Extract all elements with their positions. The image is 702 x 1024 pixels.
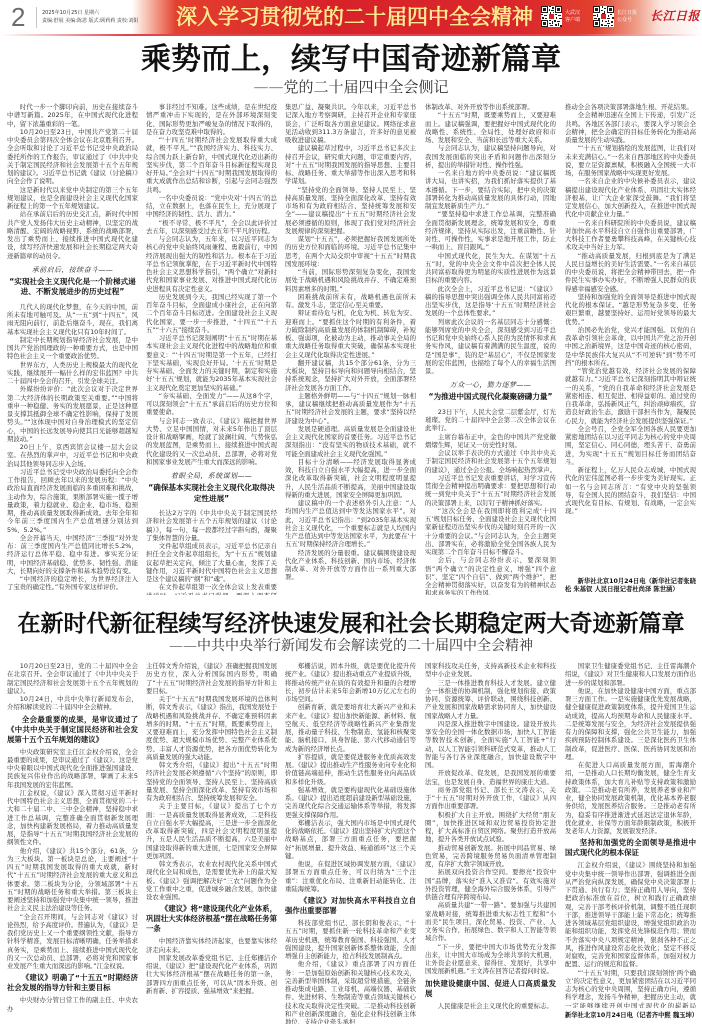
section-kicker: 万众一心，勠力逐梦—— [425, 381, 556, 390]
qr-label-line: 公众号 [617, 17, 637, 24]
article-paragraph: 10月20日至23日，党的二十届四中全会在北京召开。全会审议通过了《中共中央关于… [7, 662, 138, 695]
article-paragraph: 这是新时代以来党中央制定的第三个五年规划建议，也是全面建设社会主义现代化国家新征… [7, 186, 138, 211]
article-1-column-2: 事非经过不知难。这些成绩，是在世纪疫情严重冲击下实现的，是在外部环境深刻变化、国… [146, 103, 277, 595]
article-1-column-4: 体制改革、对外开放等作出系统部署。“十五五”时期，既要乘势而上，又要迎难而上。建… [425, 103, 556, 595]
article-paragraph: 事非经过不知难。这些成绩，是在世纪疫情严重冲击下实现的，是在外部环境深刻变化、国… [146, 103, 277, 136]
page-number: 2 [11, 3, 25, 31]
article-paragraph: 站在承前启后的历史交汇点，新时代中国共产党人发扬伟大历史主动精神，以坚定的战略清… [7, 210, 138, 260]
article-paragraph: 开放促改革、促发展，是我国发展的重要法宝，也是发展自身、造福世界的康庄大道。 [425, 769, 556, 786]
article-paragraph: “极不寻常、极不平凡”，全会以此评价过去五年，以深刻感受过去五年不平凡的历程。 [146, 219, 277, 236]
article-paragraph: 他介绍，《建议》共15个部分，61条，分为三大板块。第一板块是总论，主要阐述“十… [7, 847, 138, 913]
article-paragraph: 江金权说，《建议》深入贯彻习近平新时代中国特色社会主义思想，全面贯彻党的二十大和… [7, 789, 138, 847]
article-paragraph: 人民健康是社会主义现代化的重要标志。 [425, 1002, 556, 1010]
article-paragraph: 主席台幕布正中，金色的中国共产党党徽熠熠生辉，见证又一历史性时刻。 [425, 433, 556, 450]
article-paragraph: 与会同志认为，五年来，以习近平同志为核心的党中央始终风雨兼程、勇毅前行，中国经济… [146, 235, 277, 293]
article-paragraph: 主题格外鲜明——与“十四五”规划一脉相承，建议稿继续把推动高质量发展作为“十五五… [285, 392, 416, 425]
article-paragraph: “坚持党的全面领导、坚持人民至上、坚持高质量发展、坚持全面深化改革、坚持有效市场… [285, 186, 416, 236]
article-paragraph: 建议稿起草过程中，习近平总书记多次主持召开会议，研究重大问题，审定重要内容，对“… [285, 144, 416, 185]
article-paragraph: 在促进人口高质量发展方面，雷海潮介绍，一是推动人口长期均衡发展，健全生育支持政策… [565, 761, 696, 835]
article-paragraph: 几代人的现代化梦想，在今天的中国，前所未有地可触可及。从“一五”到“十四五”，风… [7, 303, 138, 336]
article-paragraph-continued: 推动全会各项决策部署落地生根、开花结果。 [565, 103, 696, 111]
article-paragraph: 10月24日，中共中央举行新闻发布会，介绍和解读党的二十届四中全会精神。 [7, 695, 138, 712]
section-heading: 坚持和加强党的全面领导是推进中国式现代化的根本保证 [565, 838, 696, 858]
section-heading: “实现社会主义现代化是一个阶梯式递进、不断发展进步的历史过程” [7, 277, 138, 298]
article-2-headline[interactable]: 在新时代新征程续写经济快速发展和社会长期稳定两大奇迹新篇章 [0, 612, 702, 637]
article-paragraph: 韩文秀表示，农业农村现代化关系中国式现代化全局和成色，是需要优先补上的最大短板。… [146, 860, 277, 901]
page-header: 2 2025年10月25日 星期六 责编:舒展 美编:陈恩 版式:顾莉莉 责校:… [0, 0, 702, 34]
article-paragraph-continued: 体制改革、对外开放等作出系统部署。 [425, 103, 556, 111]
article-paragraph: 郑栅洁说，固本升级，就是要优化提升传统产业。《建议》提出推动重点产业提质升级，将… [285, 662, 416, 703]
article-paragraph: “全会召开期间，与会同志对《建议》讨论热烈，给予高度评价。普遍认为，《建议》是我… [7, 913, 138, 971]
section-heading: “为推进中国式现代化凝聚磅礴力量” [425, 392, 556, 403]
article-paragraph: 23日下午，人民大会堂二层紫金厅，灯光璀璨。党的二十届四中全会第二次全体会议在此… [425, 408, 556, 433]
issue-date: 2025年10月25日 星期六 [42, 9, 139, 17]
section-banner-title: 深入学习贯彻党的二十届四中全会精神 [176, 5, 533, 29]
qr-code-app: 大武汉 客户端 [541, 6, 562, 27]
article-paragraph: 全会精神迅速在全国上下传递，引发广泛共鸣。各地区各部门表示，要深入学习领会全会精… [565, 111, 696, 144]
article-paragraph-continued: 国家科技攻关任务，支持高新技术企业和科技型中小企业发展。 [425, 662, 556, 679]
article-2-byline: 新华社北京10月24日电（记者齐中熙 魏玉坤） [565, 1012, 696, 1020]
article-paragraph: 长达2万字的《中共中央关于制定国民经济和社会发展第十五个五年规划的建议（讨论稿）… [146, 509, 277, 542]
article-paragraph: 国家卫生健康委党组书记、主任雷海潮介绍说，《建议》对卫生健康和人口发展方面作出进… [565, 662, 696, 687]
article-paragraph: “要坚持稳中求进工作总基调，完整准确全面贯彻新发展理念，统筹发展和安全，尊重经济… [425, 210, 556, 251]
article-paragraph-continued: 集思广益、凝聚共识。今年以来，习近平总书记深入地方考察调研，主持召开企业和专家座… [285, 103, 416, 144]
article-2-column-2: 主任韩文秀介绍说，《建议》准确把握我国发展历史方位，深入分析国际国内形势，明确了… [146, 662, 277, 1024]
article-paragraph: 一名中央委员说：“党中央对‘十四五’的总结，立在数据上，也落在民生上，充分展现了… [146, 194, 277, 219]
article-paragraph: “‘十五五’时期，只要我们深刻领悟‘两个确立’的决定性意义，更加紧密团结在以习近… [565, 969, 696, 1009]
qr-label-line: 客户端 [565, 17, 580, 24]
article-paragraph: 会后，与会同志纷纷表示，要深刻领悟“两个确立”的决定性意义，增强“四个意识”、坚… [425, 556, 556, 595]
article-paragraph: 治国必先治党，党兴才能国强。以党的自我革命引领社会革命，以中国共产党之治开创中国… [565, 326, 696, 367]
article-paragraph: 推动贸易创新发展。拓展中间品贸易、绿色贸易，完善跨境服务贸易负面清单管理制度，有… [425, 844, 556, 869]
article-paragraph: 此次全会上，习近平总书记说：“《建议》稿的指导思想中突出强调全体人民共同富裕迈出… [425, 285, 556, 318]
qr-code-wechat: 长江日报 公众号 [593, 6, 614, 27]
article-paragraph: 全会开幕当天，中国经济“三季报”对外发布：前三季度国内生产总值同比增长5.2%，… [7, 534, 138, 575]
article-paragraph: 翻开建议稿，共15个部分61条，分为三大板块，坚持目标导向和问题导向相结合，坚持… [285, 359, 416, 392]
article-paragraph: 国家发展改革委党组书记、主任郑栅洁介绍说，《建议》把“建设现代化产业体系，巩固壮… [146, 954, 277, 995]
article-paragraph: “推动高质量发展，归根到底是为了满足人民日益增长的美好生活需要。”一名来自基层的… [565, 252, 696, 293]
article-paragraph: 列席此次会议的一名基层同志十分感慨：能够列席党的中央全会，深刻感受到习近平总书记… [425, 318, 556, 376]
article-paragraph: 一名来自科研院所的中央委员说，建议稿对加快高水平科技自立自强作出重要部署，广大科… [565, 219, 696, 252]
qr-label: 大武汉 客户端 [565, 10, 580, 24]
article-paragraph: 目标十分清晰——经济发展取得显著成效，科技自立自强水平大幅提高，进一步全面深化改… [285, 458, 416, 499]
article-paragraph: 四是深入推进数字中国建设。建设开放共享安全的全国一体化数据市场，加快人工智能等数… [425, 720, 556, 770]
issue-meta: 2025年10月25日 星期六 责编:舒展 美编:陈恩 版式:顾莉莉 责校:刘阳 [42, 9, 139, 25]
article-paragraph: 新征程上，亿万人民众志成城，中国式现代化的宏伟蓝图必将一步步变为美好现实。正如一… [565, 466, 696, 516]
article-paragraph: 韩文秀介绍，《建议》提出“十五五”时期经济社会发展必须遵循“六个坚持”的原则，即… [146, 761, 277, 802]
article-paragraph: 外媒纷纷评价：“此次会议对于决定世界第二大经济体的长期政策至关重要。”“中国将重… [7, 385, 138, 443]
article-paragraph: 习近平总书记受中央政治局委托向全会作工作报告，回顾去年以来的发展历程：“中央政治… [7, 468, 138, 534]
article-paragraph: 高质量共建“一带一路”。要加强与共建国家战略对接，统筹推进重大标志性工程和“小而… [425, 901, 556, 942]
article-paragraph: 会议以举手表决的方式通过《中共中央关于制定国民经济和社会发展第十五个五年规划的建… [425, 449, 556, 474]
article-paragraph: 创新育新，就是要培育壮大新兴产业和未来产业。《建议》提出加快新能源、新材料、航空… [285, 703, 416, 753]
article-paragraph: “‘十五五’规划描绘的发展蓝图，让我们对未来充满信心。”一名来自西部地区的中央委… [565, 144, 696, 177]
article-paragraph: 扩容提质，就是要促进服务业优质高效发展。《建议》提出推动生产性服务业向专业化和价… [285, 753, 416, 786]
article-paragraph: 在文件起草组第一次全体会议上发表重要讲话时，习近平总书记强调，要深入调查研究，广… [146, 583, 277, 595]
article-1-byline: 新华社北京10月24日电（新华社记者张晓松 朱基钗 人民日报记者杜尚泽 陈世涵） [565, 578, 696, 595]
newspaper-logo: 长江日报 [650, 9, 700, 24]
qr-code-icon [541, 6, 562, 27]
article-paragraph: 他说，在加快建设健康中国方面，重点部署三方面工作。一是实施健康优先发展战略，健全… [565, 687, 696, 761]
article-paragraph: “当前，国际形势深刻复杂变化，我国发展处于战略机遇和风险挑战并存、不确定难预料因… [285, 268, 416, 293]
article-paragraph: “管党治党越有效，经济社会发展的保障就越有力。”习近平总书记深刻指明其中辩证统一… [565, 367, 696, 425]
header-rule [0, 34, 702, 36]
article-paragraph: 科技部党组书记、部长阴和俊表示，“十五五”时期，要抓住新一轮科技革命和产业变革历… [285, 919, 416, 960]
article-paragraph: 与会同志一致表示，《建议》稿把握世界大势、立足中国国情，对未来5年作出了顶层设计… [146, 417, 277, 467]
article-paragraph: 一名来自地方的中央委员说：“建议稿既讲大局，也讲实招，为我们抓好落实提供了基本遵… [425, 169, 556, 210]
section-kicker: 着眼全局，系统谋划—— [146, 472, 277, 481]
article-paragraph: 他介绍，《建议》重点部署了四方面任务：一是加强原始创新和关键核心技术攻关，完善新… [285, 960, 416, 1024]
article-paragraph: “这次全会是在我国即将胜利完成‘十四五’规划目标任务、全面建设社会主义现代化国家… [425, 507, 556, 557]
qr-code-icon [593, 6, 614, 27]
article-paragraph: 时代一步一个脚印向前，历史在接续奋斗中谱写新篇。2025年，在中国式现代化进程中… [7, 103, 138, 128]
article-paragraph: “十五五”时期，既要乘势而上，又要迎难而上。建议稿强调，要把握好中国式现代化的战… [425, 111, 556, 144]
article-paragraph: 郑栅洁表示，强大国内市场是中国式现代化的战略依托。《建议》提出坚持扩大内需这个战… [285, 819, 416, 860]
article-paragraph: 建议稿中的一个表述格外引人注意：“人均国内生产总值达到中等发达国家水平”。对此，… [285, 499, 416, 549]
article-paragraph: 文件起草组成员表示，习近平总书记亲自担任全会文件起草组组长，为“十五五”规划建议… [146, 542, 277, 583]
article-paragraph: 与会同志认为，建议稿坚持问题导向，对我国发展面临的突出矛盾和问题作出深刻分析，提… [425, 144, 556, 169]
article-1-column-3: 集思广益、凝聚共识。今年以来，习近平总书记深入地方考察调研，主持召开企业和专家座… [285, 103, 416, 595]
article-paragraph: 10月20日至23日，中国共产党第二十届中央委员会第四次全体会议在北京胜利召开。… [7, 128, 138, 186]
section-heading: 《建议》对加快高水平科技自立自强作出重要部署 [285, 896, 416, 916]
article-paragraph: 强基增效，就是要构建现代化基础设施体系。《建议》提出适度超前建设新型基础设施，完… [285, 786, 416, 819]
qr-label-line: 长江日报 [617, 10, 637, 17]
article-paragraph: 一名来自企业的中央候补委员表示，建议稿提出建设现代化产业体系、巩固壮大实体经济根… [565, 177, 696, 218]
article-paragraph: 中国式现代化，民生为大。在谋划“十五五”时，党的中央全会文件中首次把全体人民共同… [425, 252, 556, 285]
section-heading: “确保基本实现社会主义现代化取得决定性进展” [146, 483, 277, 504]
section-kicker: 承前启后，接续奋斗—— [7, 266, 138, 275]
article-paragraph: 中央财办分管日常工作的副主任、中央农办 [7, 996, 138, 1013]
article-paragraph-continued: 主任韩文秀介绍说，《建议》准确把握我国发展历史方位，深入分析国际国内形势，明确了… [146, 662, 277, 695]
article-paragraph: 经济发展的分量很重。建议稿围绕建设现代化产业体系、科技创新、国内市场、经济体制改… [285, 549, 416, 582]
article-paragraph: 制定中长期规划指导经济社会发展，是中国共产党治国理政的一种重要方式，也是中国特色… [7, 336, 138, 361]
section-heading: 《建议》明确了“十五五”时期经济社会发展的指导方针和主要目标 [7, 973, 138, 993]
article-paragraph: 拓展双向投资合作空间。要擦亮“投资中国”品牌，落实好“准入又准营”。有效实施对外… [425, 868, 556, 901]
section-heading: 加快建设健康中国、促进人口高质量发展 [425, 979, 556, 999]
article-2-column-5: 国家卫生健康委党组书记、主任雷海潮介绍说，《建议》对卫生健康和人口发展方面作出进… [565, 662, 696, 1008]
header-divider [36, 7, 37, 28]
article-1-subtitle: ——党的二十届四中全会侧记 [0, 79, 702, 96]
article-paragraph: 中央政策研究室主任江金权介绍说，全会最重要的成果，是审议通过了《建议》。这是党中… [7, 748, 138, 789]
article-paragraph: “‘十四五’时期经济社会发展取得重大成就，极不平凡。”“我国经济实力、科技实力、… [146, 136, 277, 194]
article-1-column-1: 时代一步一个脚印向前，历史在接续奋斗中谱写新篇。2025年，在中国式现代化进程中… [7, 103, 138, 595]
article-2-column-4: 国家科技攻关任务，支持高新技术企业和科技型中小企业发展。三是一体推进教育科技人才… [425, 662, 556, 1024]
editor-credits: 责编:舒展 美编:陈恩 版式:顾莉莉 责校:刘阳 [42, 17, 139, 25]
article-paragraph: “中国经济的稳定增长，为世界经济注入了宝贵的确定性。”有外国专家这样评价。 [7, 575, 138, 592]
article-paragraph: 商务部党组书记、部长王文涛表示，关于“十五五”时期对外开放工作，《建议》从四方面… [425, 786, 556, 811]
article-paragraph: 辩证看待危与机，化危为机、转危为安、迎难而上。“要抓住这个时期的有利条件，着力破… [285, 309, 416, 359]
article-paragraph: 世界东方，人类历史上规模最大的现代化实践，继续展开一幅什么样的宏伟蓝图？中共二十… [7, 361, 138, 386]
article-1-column-5: 推动全会各项决策部署落地生根、开花结果。全会精神迅速在全国上下传递，引发广泛共鸣… [565, 103, 696, 575]
article-paragraph: 谋划“十五五”，必须把握好我国发展所处的历史方位和面临的环境。习近平总书记集中思… [285, 235, 416, 268]
article-paragraph: 习近平总书记深刻阐明“十五五”时期在基本实现社会主义现代化进程中的战略地位和重要… [146, 334, 277, 392]
article-paragraph: “下一步，要把中国大市场优势充分发挥出来，让中国大市场成为全球共享的大机遇，让外… [425, 943, 556, 976]
article-paragraph: 历史发展到今天，我国已经实现了第一个百年奋斗目标，全面建成小康社会，正在向第二个… [146, 293, 277, 334]
article-paragraph: 坚持和加强党的全面领导是推进中国式现代化的根本保证。“越是形势复杂多变、任务艰巨… [565, 293, 696, 326]
article-2-subtitle: ——中共中央举行新闻发布会解读党的二十届四中全会精神 [0, 638, 702, 654]
section-heading: 《建议》将“建设现代化产业体系，巩固壮大实体经济根基”摆在战略任务第一条 [146, 904, 277, 934]
article-paragraph: 关于“十五五”时期我国发展环境的总体判断，韩文秀表示，《建议》指出，我国发展处于… [146, 695, 277, 761]
article-paragraph: 发展是硬道理。高质量发展是全面建设社会主义现代化国家的首要任务。习近平总书记深刻… [285, 425, 416, 458]
article-paragraph: 中国经济靠实体经济起家，也要靠实体经济走向未来。 [146, 937, 277, 954]
article-paragraph: 三是一体推进教育科技人才发展。建立健全一体推进的协调机制，强化规划衔接、政策协同… [425, 679, 556, 720]
qr-label: 长江日报 公众号 [617, 10, 637, 24]
article-paragraph: 积极扩大自主开放。围绕扩大经贸“朋友圈”，加快推进区域和双边贸易投资协定进程，扩… [425, 811, 556, 844]
article-2-column-3: 郑栅洁说，固本升级，就是要优化提升传统产业。《建议》提出推动重点产业提质升级，将… [285, 662, 416, 1024]
article-paragraph: 困难挑战前所未有，战略机遇也前所未有。激发斗志，坚定信心至关重要。 [285, 293, 416, 310]
article-paragraph: 关于主要目标，《建议》提出了七个方面：一是高质量发展取得显著成效，二是科技自立自… [146, 802, 277, 860]
article-2-column-1: 10月20日至23日，党的二十届四中全会在北京召开。全会审议通过了《中共中央关于… [7, 662, 138, 1024]
article-1-headline[interactable]: 乘势而上，续写中国奇迹新篇章 [0, 44, 702, 76]
article-paragraph: “夯实基础、全面发力”——从这8个字，可以深刻领会“十五五”承前启后的历史方位和… [146, 392, 277, 417]
article-paragraph: 他说，在促进区域协调发展方面，《建议》部署五方面重点任务，可以归纳为“三个注重”… [285, 860, 416, 893]
article-paragraph: 全会号召，全党全军全国各族人民要更加紧密地团结在以习近平同志为核心的党中央周围，… [565, 425, 696, 466]
article-paragraph: 习近平总书记发表重要讲话，对学习宣传贯彻全会精神提出明确要求：要把思想和行动统一… [425, 474, 556, 507]
section-heading: 全会最重要的成果，是审议通过了《中共中央关于制定国民经济和社会发展第十五个五年规… [7, 715, 138, 745]
article-paragraph: 江金权介绍说，《建议》围绕坚持和加强党中央集中统一领导作出部署，强调推进全面从严… [565, 861, 696, 968]
article-paragraph: 20日上午，京西宾馆会议楼一层大会议室。在热烈的掌声中，习近平总书记和中央政治局… [7, 443, 138, 468]
qr-label-line: 大武汉 [565, 10, 580, 17]
